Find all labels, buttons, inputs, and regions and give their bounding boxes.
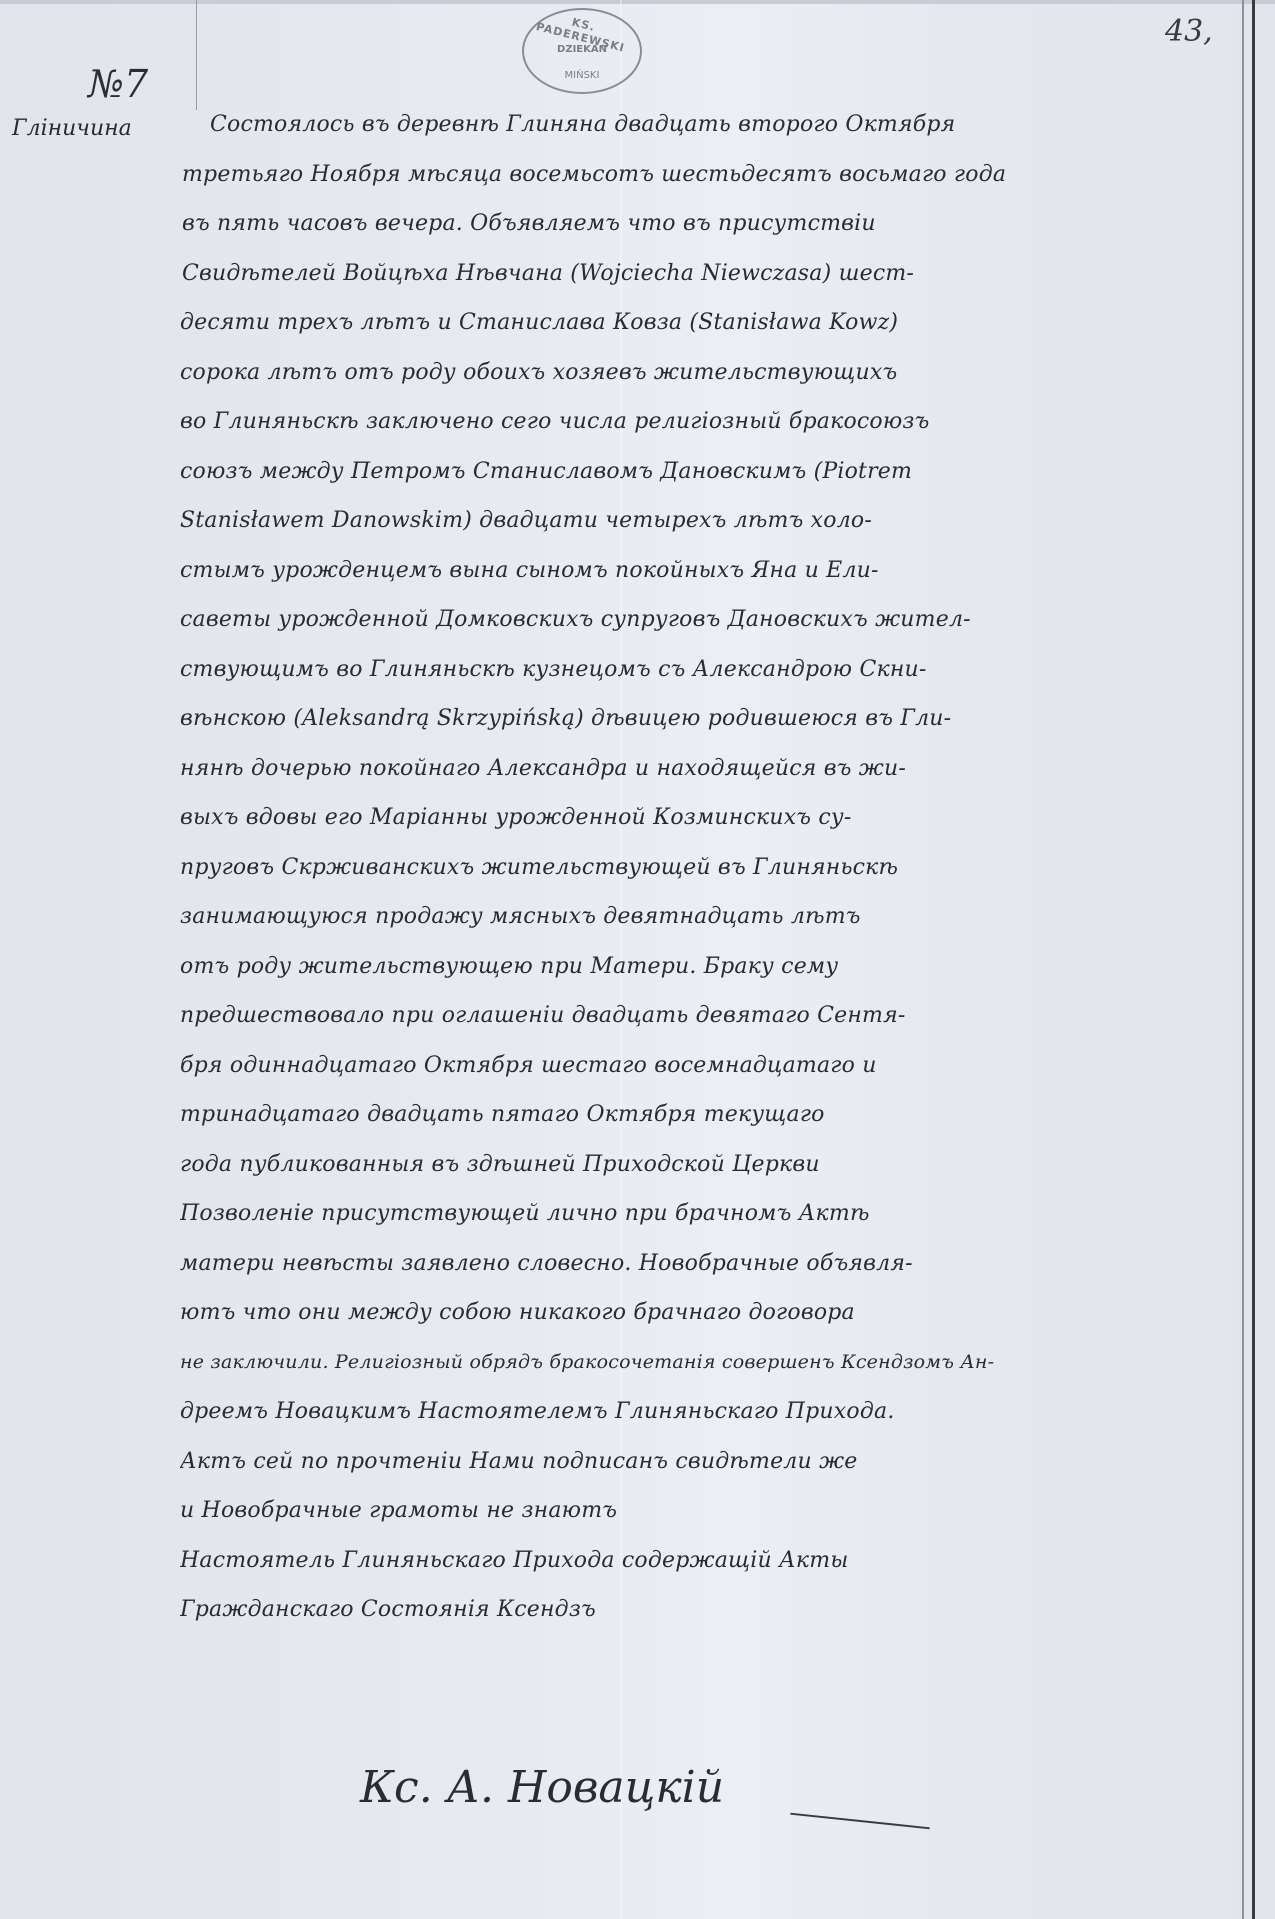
entry-number: №7 xyxy=(88,62,148,106)
text-line: отъ роду жительствующею при Матери. Брак… xyxy=(180,942,1240,992)
stamp-seal: KS. PADEREWSKI DZIEKAN MIŃSKI xyxy=(522,8,642,94)
margin-rule xyxy=(196,0,197,110)
text-line: пруговъ Скрживанскихъ жительствующей въ … xyxy=(180,843,1240,893)
text-line: дреемъ Новацкимъ Настоятелемъ Глиняньска… xyxy=(180,1387,1240,1437)
page-number: 43, xyxy=(1165,14,1213,49)
record-body: Состоялось въ деревнѣ Глиняна двадцать в… xyxy=(180,100,1240,1635)
text-line: сорока лѣтъ отъ роду обоихъ хозяевъ жите… xyxy=(180,348,1240,398)
text-line: не заключили. Религіозный обрядъ бракосо… xyxy=(180,1338,1240,1388)
page-top-edge xyxy=(0,0,1275,4)
text-line: ютъ что они между собою никакого брачнаг… xyxy=(180,1288,1240,1338)
right-border-rule xyxy=(1242,0,1244,1919)
text-line: нянѣ дочерью покойнаго Александра и нахо… xyxy=(180,744,1240,794)
text-line: десяти трехъ лѣтъ и Станислава Ковза (St… xyxy=(180,298,1240,348)
text-line: Свидѣтелей Войцѣха Нѣвчана (Wojciecha Ni… xyxy=(180,249,1240,299)
text-line: занимающуюся продажу мясныхъ девятнадцат… xyxy=(180,892,1240,942)
text-line: и Новобрачные грамоты не знаютъ xyxy=(180,1486,1240,1536)
margin-place-name: Гліничина xyxy=(12,116,132,141)
text-line: года публикованныя въ здѣшней Приходской… xyxy=(180,1140,1240,1190)
text-line: Настоятель Глиняньскаго Прихода содержащ… xyxy=(180,1536,1240,1586)
text-line: саветы урожденной Домковскихъ супруговъ … xyxy=(180,595,1240,645)
signature: Кс. А. Новацкій xyxy=(360,1762,724,1813)
text-line: Актъ сей по прочтеніи Нами подписанъ сви… xyxy=(180,1437,1240,1487)
text-line: тринадцатаго двадцать пятаго Октября тек… xyxy=(180,1090,1240,1140)
text-line: въ пять часовъ вечера. Объявляемъ что въ… xyxy=(180,199,1240,249)
text-line: Гражданскаго Состоянія Ксендзъ xyxy=(180,1585,1240,1635)
stamp-text-bottom: MIŃSKI xyxy=(524,70,640,81)
signature-underline xyxy=(790,1813,929,1830)
text-line: третьяго Ноября мѣсяца восемьсотъ шестьд… xyxy=(180,150,1240,200)
text-line: во Глиняньскѣ заключено сего числа религ… xyxy=(180,397,1240,447)
text-line: бря одиннадцатаго Октября шестаго восемн… xyxy=(180,1041,1240,1091)
text-line: союзъ между Петромъ Станиславомъ Дановск… xyxy=(180,447,1240,497)
text-line: ствующимъ во Глиняньскѣ кузнецомъ съ Але… xyxy=(180,645,1240,695)
document-page: KS. PADEREWSKI DZIEKAN MIŃSKI 43, №7 Глі… xyxy=(0,0,1275,1919)
text-line: Stanisławem Danowskim) двадцати четырехъ… xyxy=(180,496,1240,546)
text-line: вѣнскою (Aleksandrą Skrzypińską) дѣвицею… xyxy=(180,694,1240,744)
stamp-text-middle: DZIEKAN xyxy=(524,44,640,55)
text-line: матери невѣсты заявлено словесно. Новобр… xyxy=(180,1239,1240,1289)
text-line: Состоялось въ деревнѣ Глиняна двадцать в… xyxy=(180,100,1240,150)
text-line: Позволеніе присутствующей лично при брач… xyxy=(180,1189,1240,1239)
text-line: стымъ урожденцемъ вына сыномъ покойныхъ … xyxy=(180,546,1240,596)
text-line: выхъ вдовы его Маріанны урожденной Козми… xyxy=(180,793,1240,843)
right-border-rule-thick xyxy=(1252,0,1255,1919)
text-line: предшествовало при оглашеніи двадцать де… xyxy=(180,991,1240,1041)
